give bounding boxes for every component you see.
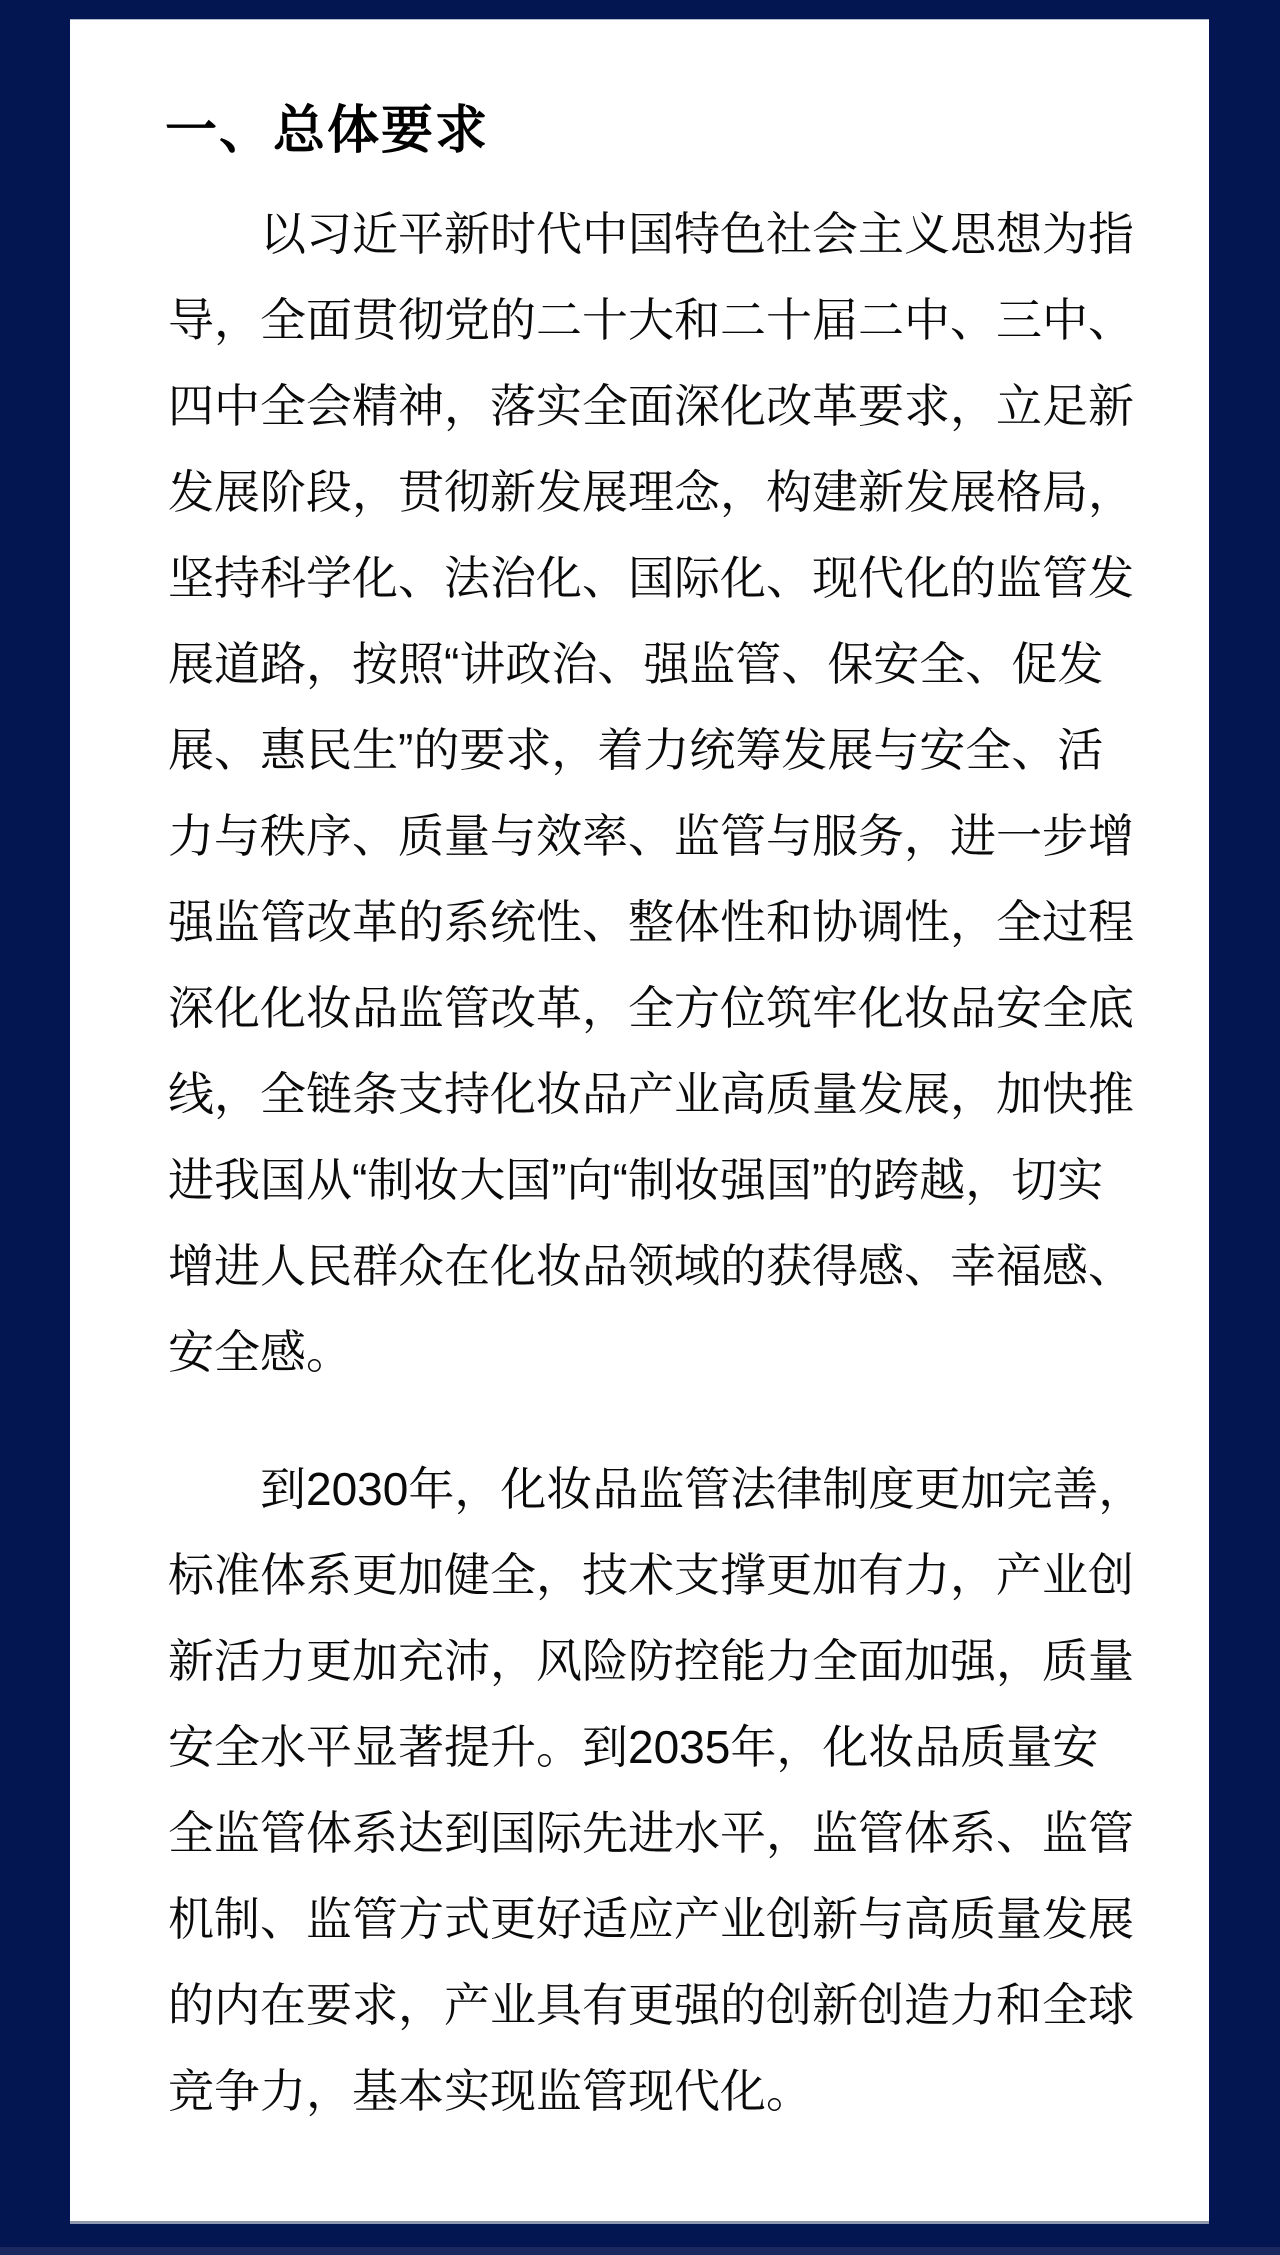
paragraph-line: 线，全链条支持化妆品产业高质量发展，加快推	[168, 1051, 1143, 1137]
paragraph-line: 安全水平显著提升。到2035年，化妆品质量安	[168, 1704, 1143, 1790]
paragraph-line: 标准体系更加健全，技术支撑更加有力，产业创	[168, 1532, 1143, 1618]
paragraph-line: 强监管改革的系统性、整体性和协调性，全过程	[168, 879, 1143, 965]
bottom-accent-strip	[0, 2247, 1280, 2255]
paragraph-line: 导，全面贯彻党的二十大和二十届二中、三中、	[168, 277, 1143, 363]
paragraph-line: 机制、监管方式更好适应产业创新与高质量发展	[168, 1876, 1143, 1962]
paragraph-line: 深化化妆品监管改革，全方位筑牢化妆品安全底	[168, 965, 1143, 1051]
paragraph-line: 到2030年，化妆品监管法律制度更加完善，	[168, 1446, 1143, 1532]
paragraph-line: 展道路，按照“讲政治、强监管、保安全、促发	[168, 621, 1143, 707]
paragraph-line: 四中全会精神，落实全面深化改革要求，立足新	[168, 363, 1143, 449]
paragraph-line: 新活力更加充沛，风险防控能力全面加强，质量	[168, 1618, 1143, 1704]
paragraph-line: 的内在要求，产业具有更强的创新创造力和全球	[168, 1962, 1143, 2048]
paragraph-line: 力与秩序、质量与效率、监管与服务，进一步增	[168, 793, 1143, 879]
article-card: 一、总体要求 以习近平新时代中国特色社会主义思想为指 导，全面贯彻党的二十大和二…	[70, 19, 1209, 2224]
paragraph-line: 展、惠民生”的要求，着力统筹发展与安全、活	[168, 707, 1143, 793]
paragraph-line: 以习近平新时代中国特色社会主义思想为指	[168, 191, 1143, 277]
paragraph-1: 以习近平新时代中国特色社会主义思想为指 导，全面贯彻党的二十大和二十届二中、三中…	[168, 191, 1143, 1395]
paragraph-line: 发展阶段，贯彻新发展理念，构建新发展格局，	[168, 449, 1143, 535]
paragraph-line: 增进人民群众在化妆品领域的获得感、幸福感、	[168, 1223, 1143, 1309]
paragraph-line: 竞争力，基本实现监管现代化。	[168, 2048, 1143, 2134]
paragraph-line: 安全感。	[168, 1309, 1143, 1395]
paragraph-line: 坚持科学化、法治化、国际化、现代化的监管发	[168, 535, 1143, 621]
page-background: 一、总体要求 以习近平新时代中国特色社会主义思想为指 导，全面贯彻党的二十大和二…	[0, 0, 1280, 2255]
paragraph-line: 全监管体系达到国际先进水平，监管体系、监管	[168, 1790, 1143, 1876]
paragraph-2: 到2030年，化妆品监管法律制度更加完善， 标准体系更加健全，技术支撑更加有力，…	[168, 1446, 1143, 2134]
paragraph-line: 进我国从“制妆大国”向“制妆强国”的跨越，切实	[168, 1137, 1143, 1223]
section-heading: 一、总体要求	[165, 100, 489, 162]
